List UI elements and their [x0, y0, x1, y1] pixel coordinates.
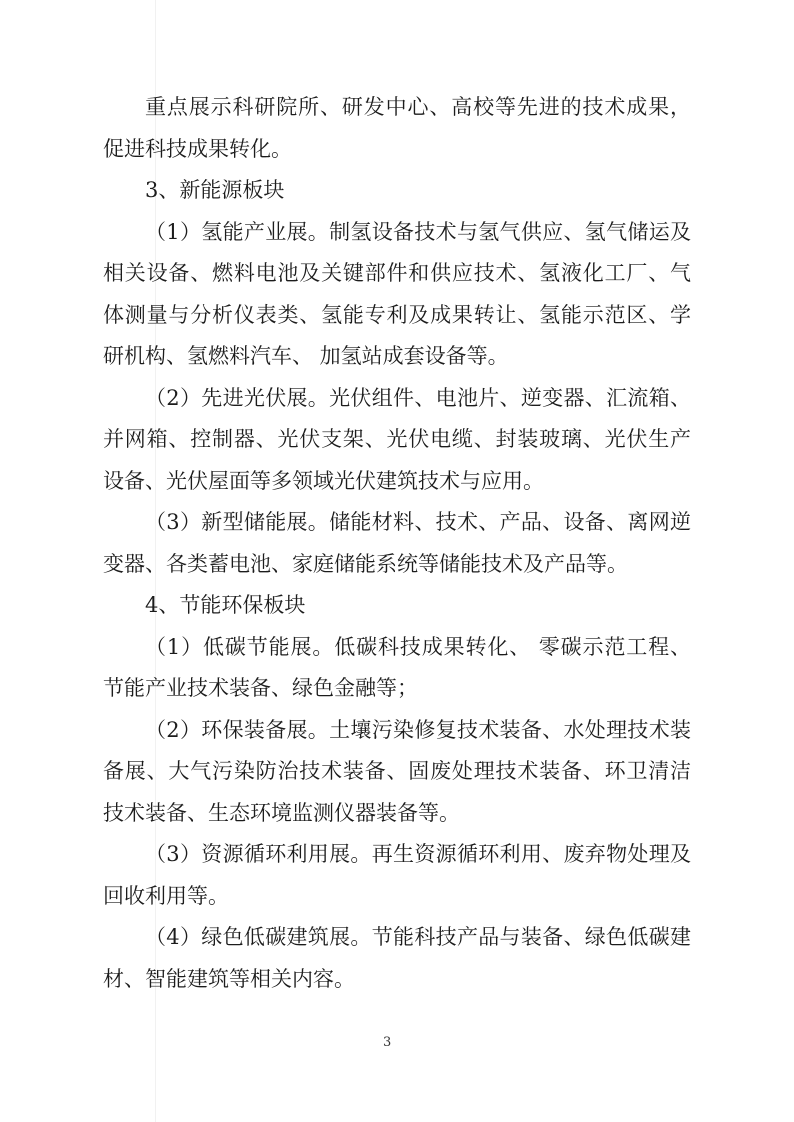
paragraph-line: 重点展示科研院所、研发中心、高校等先进的技术成果，	[103, 87, 691, 129]
paragraph-line: （1）氢能产业展。制氢设备技术与氢气供应、氢气储运及	[103, 212, 691, 254]
paragraph-line: （3）资源循环利用展。再生资源循环利用、废弃物处理及	[103, 834, 691, 876]
paragraph-line: 促进科技成果转化。	[103, 129, 691, 171]
paragraph-low-carbon-expo: （1）低碳节能展。低碳科技成果转化、 零碳示范工程、 节能产业技术装备、绿色金融…	[103, 627, 691, 710]
paragraph-hydrogen-expo: （1）氢能产业展。制氢设备技术与氢气供应、氢气储运及 相关设备、燃料电池及关键部…	[103, 212, 691, 378]
paragraph-line: 体测量与分析仪表类、氢能专利及成果转让、氢能示范区、学	[103, 295, 691, 337]
paragraph-line: （2）环保装备展。土壤污染修复技术装备、水处理技术装	[103, 710, 691, 752]
paragraph-green-building-expo: （4）绿色低碳建筑展。节能科技产品与装备、绿色低碳建 材、智能建筑等相关内容。	[103, 917, 691, 1000]
paragraph-line: 研机构、氢燃料汽车、 加氢站成套设备等。	[103, 336, 691, 378]
paragraph-line: （2）先进光伏展。光伏组件、电池片、逆变器、汇流箱、	[103, 378, 691, 420]
paragraph-line: 材、智能建筑等相关内容。	[103, 959, 691, 1001]
paragraph-line: （3）新型储能展。储能材料、技术、产品、设备、离网逆	[103, 502, 691, 544]
paragraph-line: 备展、大气污染防治技术装备、固废处理技术装备、环卫清洁	[103, 751, 691, 793]
heading-text: 3、新能源板块	[103, 170, 691, 212]
paragraph-line: 设备、光伏屋面等多领域光伏建筑技术与应用。	[103, 461, 691, 503]
page-number: 3	[383, 1033, 391, 1053]
paragraph-line: （1）低碳节能展。低碳科技成果转化、 零碳示范工程、	[103, 627, 691, 669]
paragraph-line: 技术装备、生态环境监测仪器装备等。	[103, 793, 691, 835]
section-heading-energy-saving: 4、节能环保板块	[103, 585, 691, 627]
paragraph-line: 节能产业技术装备、绿色金融等；	[103, 668, 691, 710]
paragraph-line: 相关设备、燃料电池及关键部件和供应技术、氢液化工厂、气	[103, 253, 691, 295]
paragraph-photovoltaic-expo: （2）先进光伏展。光伏组件、电池片、逆变器、汇流箱、 并网箱、控制器、光伏支架、…	[103, 378, 691, 503]
paragraph-resource-recycling-expo: （3）资源循环利用展。再生资源循环利用、废弃物处理及 回收利用等。	[103, 834, 691, 917]
section-heading-new-energy: 3、新能源板块	[103, 170, 691, 212]
paragraph-line: 变器、各类蓄电池、家庭储能系统等储能技术及产品等。	[103, 544, 691, 586]
heading-text: 4、节能环保板块	[103, 585, 691, 627]
paragraph-line: 回收利用等。	[103, 876, 691, 918]
document-body: 重点展示科研院所、研发中心、高校等先进的技术成果， 促进科技成果转化。 3、新能…	[103, 87, 691, 1000]
paragraph-energy-storage-expo: （3）新型储能展。储能材料、技术、产品、设备、离网逆 变器、各类蓄电池、家庭储能…	[103, 502, 691, 585]
paragraph-environmental-equipment-expo: （2）环保装备展。土壤污染修复技术装备、水处理技术装 备展、大气污染防治技术装备…	[103, 710, 691, 835]
paragraph-line: 并网箱、控制器、光伏支架、光伏电缆、封装玻璃、光伏生产	[103, 419, 691, 461]
paragraph-line: （4）绿色低碳建筑展。节能科技产品与装备、绿色低碳建	[103, 917, 691, 959]
paragraph-tech-achievements: 重点展示科研院所、研发中心、高校等先进的技术成果， 促进科技成果转化。	[103, 87, 691, 170]
